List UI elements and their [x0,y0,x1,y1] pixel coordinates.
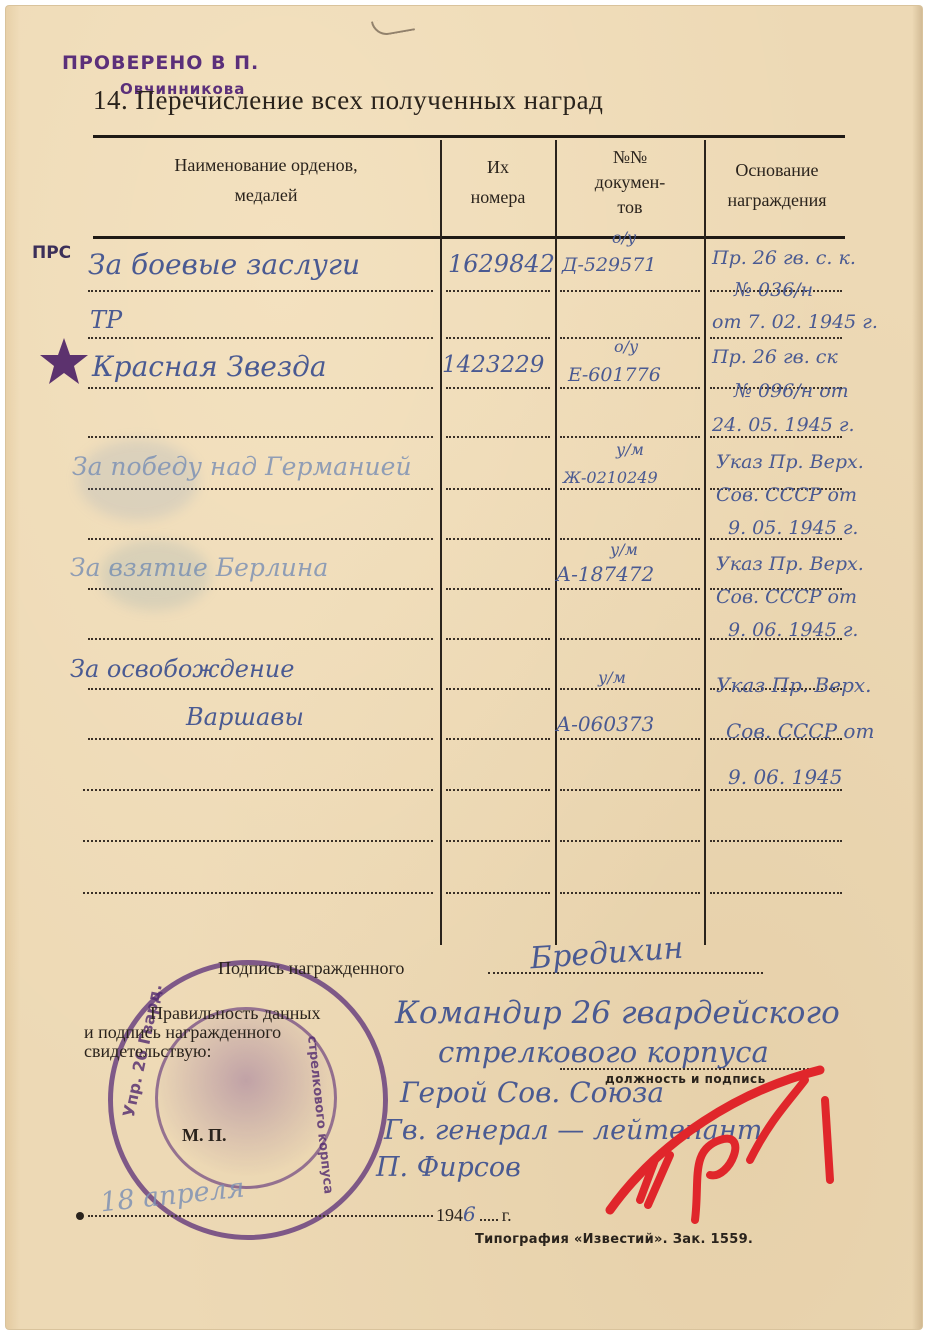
basis-line: 24. 05. 1945 г. [712,408,855,442]
ink-smudge [78,440,198,520]
basis-line: Указ Пр. Верх. [716,548,864,581]
certify-label-line3: свидетельствую: [84,1041,212,1062]
header-line: Наименование орденов, [95,150,437,180]
year-prefix: 194 [436,1205,463,1225]
year-field: 1946г. [436,1202,512,1226]
document-number: А-060373 [556,712,654,736]
table-top-rule [93,135,845,138]
red-pencil-signature-icon [600,1060,860,1230]
basis-line: 9. 06. 1945 г. [716,614,864,647]
award-name-line2: Варшавы [186,703,304,731]
header-line: награждения [706,185,848,215]
basis-line: Сов. СССР от [716,479,864,512]
basis-line: 9. 05. 1945 г. [716,512,864,545]
document-number: А-187472 [556,562,654,586]
award-basis: Указ Пр. Верх. Сов. СССР от 9. 06. 1945 [716,662,874,800]
date-line-bullet [76,1212,84,1220]
basis-line: № 036/н [712,274,878,306]
document-prefix: у/м [616,440,644,459]
commander-name: П. Фирсов [376,1152,521,1183]
table-header-rule [93,236,845,239]
award-number: 1629842 [448,250,555,278]
award-name: Красная Звезда [92,350,327,383]
column-header-basis: Основание награждения [706,155,848,215]
commander-title-line1: Командир 26 гвардейского [395,995,840,1031]
basis-line: от 7. 02. 1945 г. [712,306,878,338]
document-number: Ж-0210249 [563,468,658,487]
column-divider [704,140,706,945]
document-prefix: о/у [612,228,636,247]
red-star-stamp-icon [38,336,90,388]
header-line: Основание [706,155,848,185]
header-line: тов [557,195,703,220]
recipient-signature-line [488,972,763,974]
award-basis: Пр. 26 гв. с. к. № 036/н от 7. 02. 1945 … [712,242,878,338]
year-digit: 6 [463,1202,476,1226]
basis-line: 9. 06. 1945 [716,754,874,800]
basis-line: № 096/н от [712,374,855,408]
basis-line: Сов. СССР от [716,708,874,754]
document-number: Е-601776 [568,364,661,386]
basis-line: Пр. 26 гв. с. к. [712,242,878,274]
verified-stamp: ПРОВЕРЕНО В П. [62,52,259,74]
seal-place-label: М. П. [182,1125,227,1146]
column-divider [440,140,442,945]
document-prefix: о/у [614,337,638,356]
document-prefix: у/м [610,540,638,559]
award-number: 1423229 [442,352,544,378]
ink-smudge [100,540,210,610]
section-number: 14. [93,85,128,115]
award-name: За боевые заслуги [88,248,360,281]
header-line: Их [442,152,554,182]
award-name: За освобождение [70,655,294,683]
year-suffix: г. [502,1205,512,1225]
basis-line: Указ Пр. Верх. [716,662,874,708]
column-header-number: Их номера [442,152,554,212]
header-line: медалей [95,180,437,210]
header-line: докумен- [557,170,703,195]
printer-imprint: Типография «Известий». Зак. 1559. [475,1232,753,1247]
recipient-signature-label: Подпись награжденного [218,958,404,979]
document-number: Д-529571 [562,254,656,276]
award-basis: Указ Пр. Верх. Сов. СССР от 9. 05. 1945 … [716,446,864,545]
basis-line: Сов. СССР от [716,581,864,614]
award-name-mark: ТР [90,306,122,334]
column-header-award-name: Наименование орденов, медалей [95,150,437,210]
basis-line: Указ Пр. Верх. [716,446,864,479]
document-prefix: у/м [598,668,626,687]
basis-line: Пр. 26 гв. ск [712,340,855,374]
date-line [88,1215,433,1217]
section-title-text: Перечисление всех полученных наград [136,85,604,115]
column-divider [555,140,557,945]
margin-stamp-prs: ПРС [32,243,71,263]
certify-label-line1: Правильность данных [150,1003,320,1024]
section-title: 14. Перечисление всех полученных наград [93,85,603,116]
award-basis: Пр. 26 гв. ск № 096/н от 24. 05. 1945 г. [712,340,855,442]
column-header-documents: №№ докумен- тов [557,145,703,220]
header-line: №№ [557,145,703,170]
certify-label-line2: и подпись награжденного [84,1022,281,1043]
award-basis: Указ Пр. Верх. Сов. СССР от 9. 06. 1945 … [716,548,864,647]
header-line: номера [442,182,554,212]
